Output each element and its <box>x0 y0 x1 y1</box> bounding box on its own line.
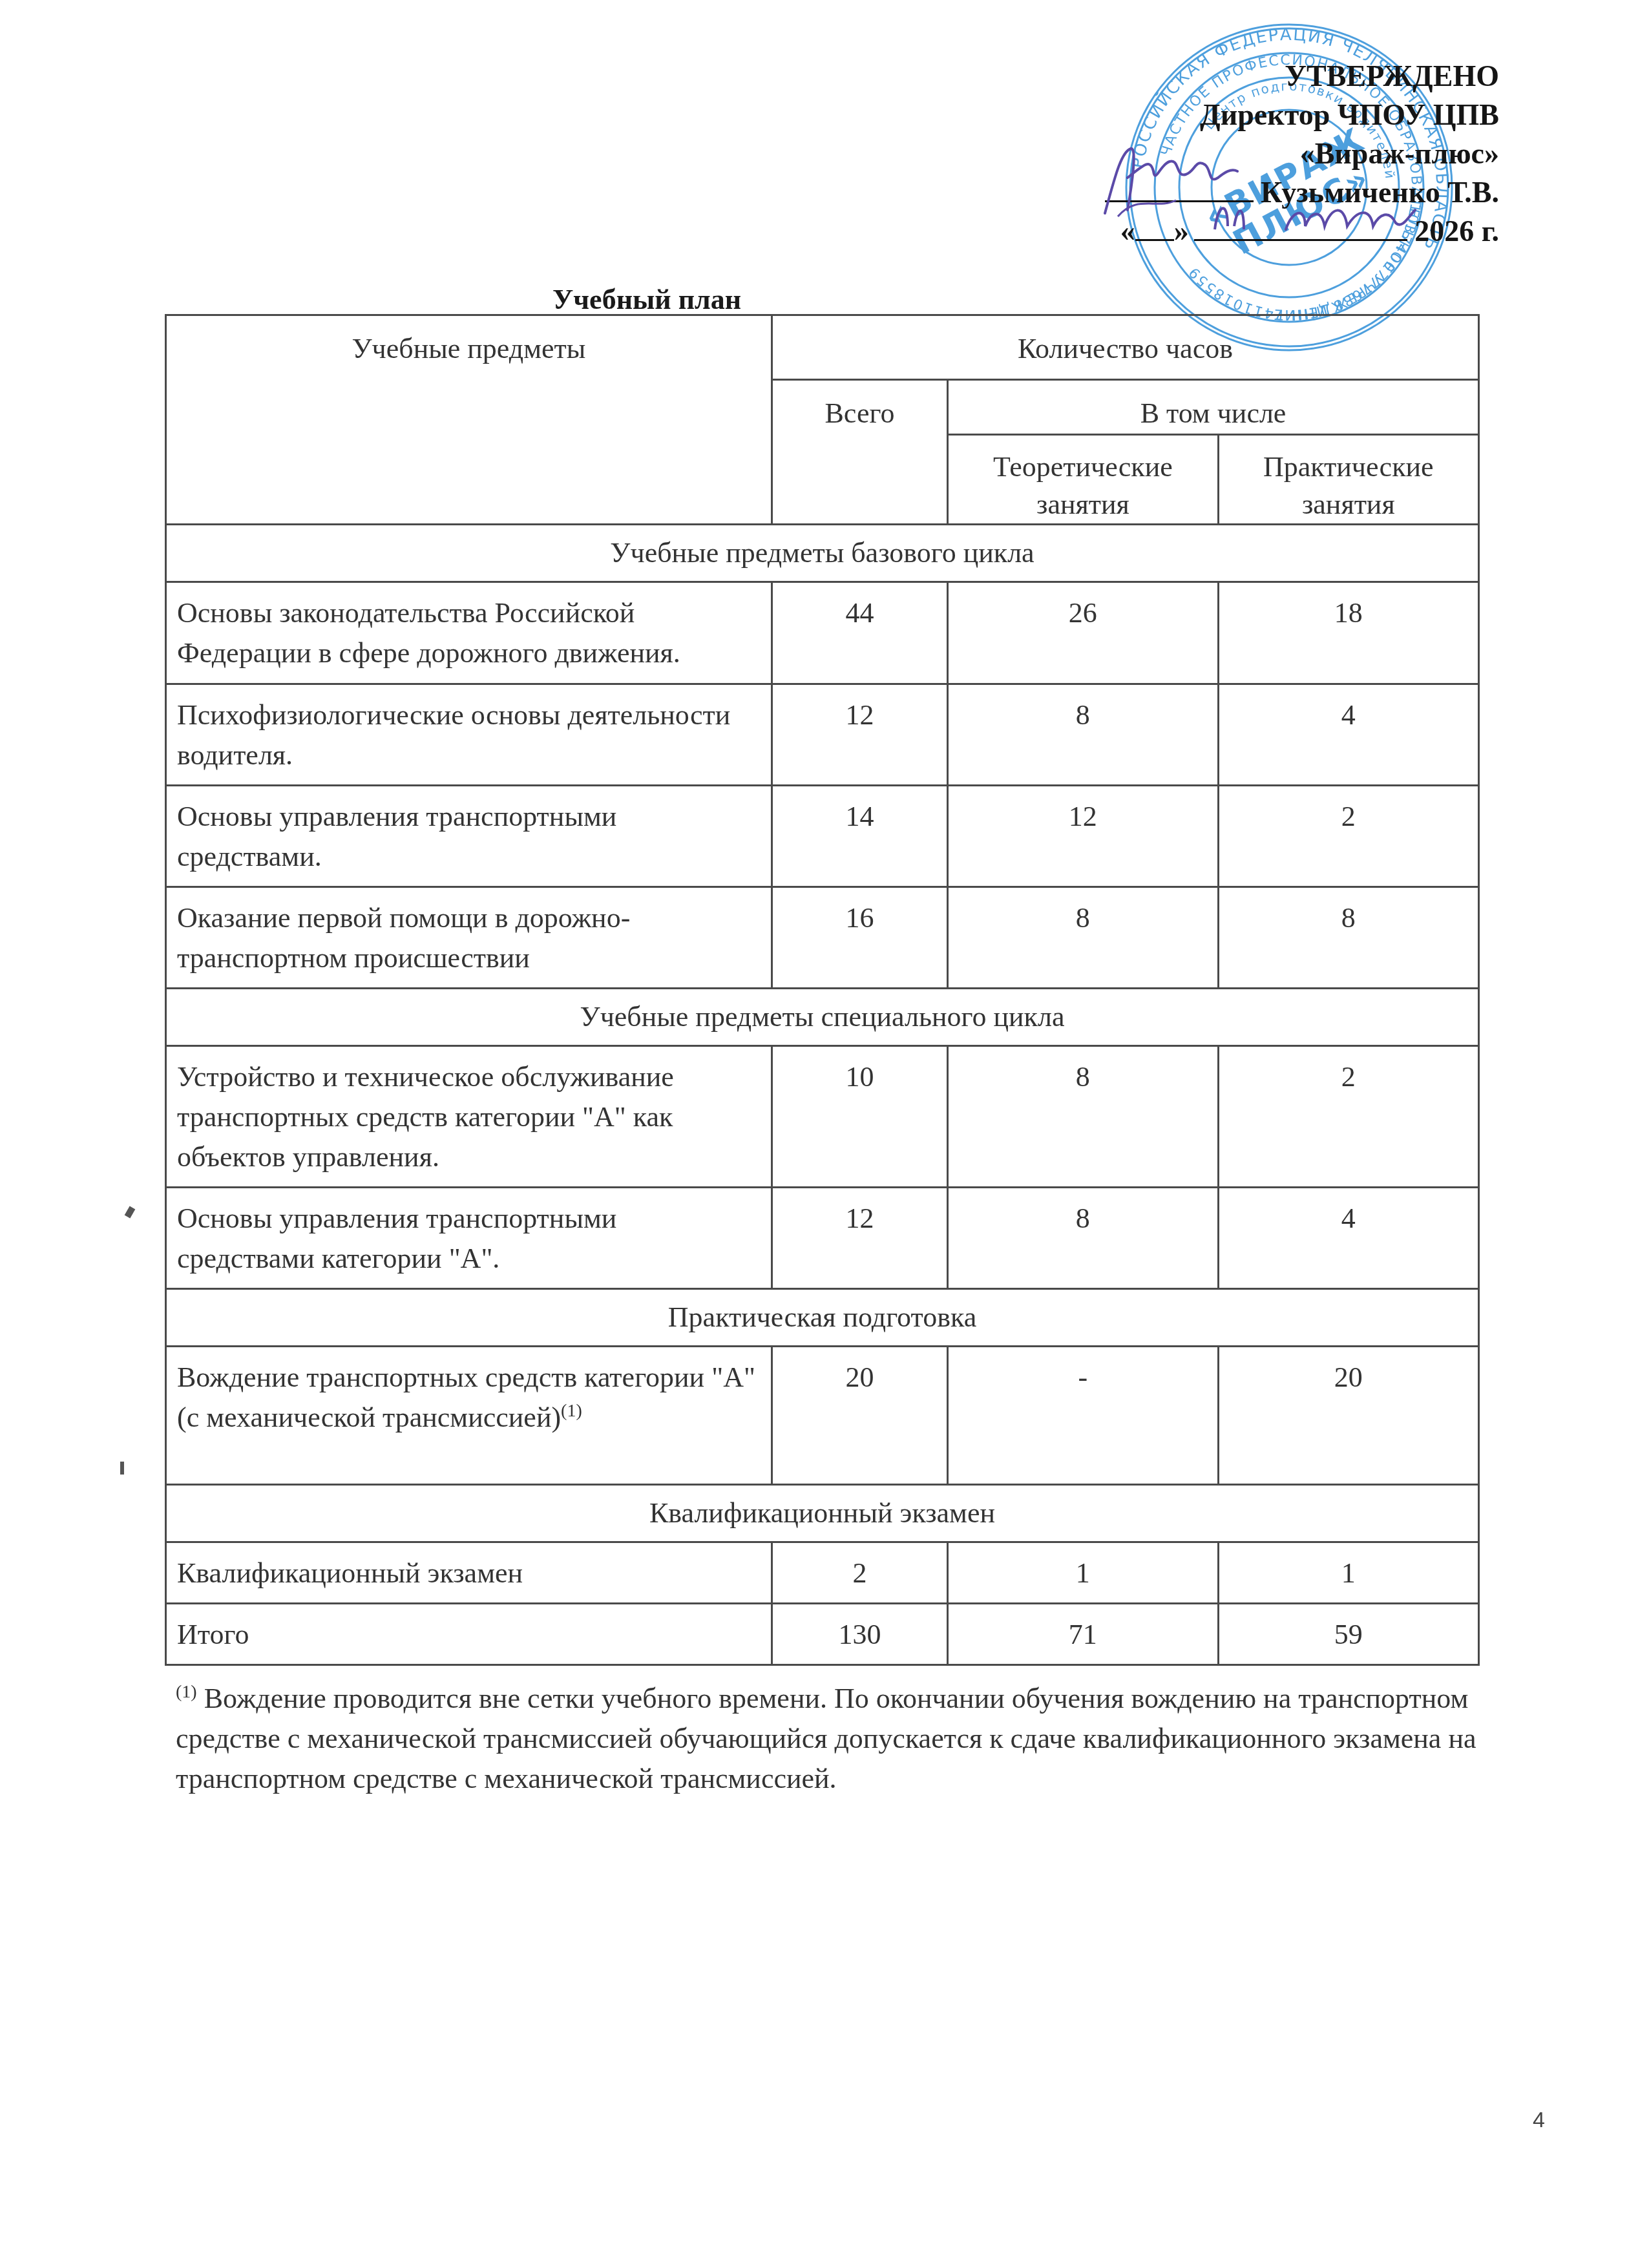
scan-artifact <box>125 1206 136 1219</box>
table-row: Основы управления транспортными средства… <box>166 786 1479 887</box>
total-row: Итого 130 71 59 <box>166 1604 1479 1665</box>
hours-theory: 8 <box>948 684 1219 786</box>
total-practice: 59 <box>1218 1604 1478 1665</box>
scan-artifact <box>120 1462 124 1475</box>
subject-name: Основы управления транспортными средства… <box>166 1188 772 1289</box>
subject-name: Оказание первой помощи в дорожно-транспо… <box>166 887 772 989</box>
header-practice: Практические занятия <box>1218 435 1478 525</box>
subject-name: Устройство и техническое обслуживание тр… <box>166 1046 772 1188</box>
total-hours: 130 <box>772 1604 947 1665</box>
hours-theory: 8 <box>948 1046 1219 1188</box>
hours-total: 2 <box>772 1542 947 1604</box>
page-number: 4 <box>1533 2108 1545 2133</box>
subject-name: Вождение транспортных средств категории … <box>166 1347 772 1485</box>
hours-practice: 18 <box>1218 582 1478 684</box>
hours-practice: 2 <box>1218 1046 1478 1188</box>
section-title: Практическая подготовка <box>166 1289 1479 1347</box>
header-theory: Теоретические занятия <box>948 435 1219 525</box>
subject-name: Основы управления транспортными средства… <box>166 786 772 887</box>
hours-practice: 8 <box>1218 887 1478 989</box>
hours-practice: 2 <box>1218 786 1478 887</box>
date-month-blank <box>1194 213 1407 241</box>
subject-name: Основы законодательства Российской Федер… <box>166 582 772 684</box>
approval-date-line: «» 2026 г. <box>1105 212 1499 251</box>
hours-total: 12 <box>772 684 947 786</box>
hours-practice: 4 <box>1218 684 1478 786</box>
hours-theory: 26 <box>948 582 1219 684</box>
signature-blank <box>1105 174 1254 202</box>
hours-total: 20 <box>772 1347 947 1485</box>
section-title: Квалификационный экзамен <box>166 1485 1479 1542</box>
curriculum-table: Учебные предметы Количество часов Всего … <box>165 314 1480 1666</box>
approval-heading: УТВЕРЖДЕНО <box>1105 57 1499 96</box>
approval-block: УТВЕРЖДЕНО Директор ЧПОУ ЦПВ «Вираж-плюс… <box>1105 57 1499 251</box>
hours-theory: 1 <box>948 1542 1219 1604</box>
hours-practice: 4 <box>1218 1188 1478 1289</box>
hours-total: 10 <box>772 1046 947 1188</box>
footnote-ref: (1) <box>561 1401 582 1421</box>
header-hours: Количество часов <box>772 315 1478 380</box>
date-close-quote: » <box>1174 215 1189 247</box>
approval-signatory-line: Кузьмиченко Т.В. <box>1105 173 1499 212</box>
hours-practice: 20 <box>1218 1347 1478 1485</box>
approval-position: Директор ЧПОУ ЦПВ <box>1105 96 1499 134</box>
table-row: Оказание первой помощи в дорожно-транспо… <box>166 887 1479 989</box>
date-open-quote: « <box>1120 215 1135 247</box>
table-row: Психофизиологические основы деятельности… <box>166 684 1479 786</box>
table-row: Устройство и техническое обслуживание тр… <box>166 1046 1479 1188</box>
hours-theory: 8 <box>948 1188 1219 1289</box>
section-title: Учебные предметы специального цикла <box>166 989 1479 1046</box>
subject-text: Вождение транспортных средств категории … <box>177 1361 755 1433</box>
hours-practice: 1 <box>1218 1542 1478 1604</box>
footnote-marker: (1) <box>176 1682 197 1702</box>
header-total: Всего <box>772 380 947 525</box>
curriculum-body: Учебные предметы базового цикла Основы з… <box>166 525 1479 1665</box>
section-title: Учебные предметы базового цикла <box>166 525 1479 582</box>
hours-theory: 8 <box>948 887 1219 989</box>
approval-signatory: Кузьмиченко Т.В. <box>1261 176 1499 209</box>
hours-theory: 12 <box>948 786 1219 887</box>
document-title: Учебный план <box>552 283 741 316</box>
table-row: Квалификационный экзамен 2 1 1 <box>166 1542 1479 1604</box>
hours-theory: - <box>948 1347 1219 1485</box>
footnote-text: Вождение проводится вне сетки учебного в… <box>176 1683 1476 1794</box>
hours-total: 14 <box>772 786 947 887</box>
table-row: Основы управления транспортными средства… <box>166 1188 1479 1289</box>
hours-total: 44 <box>772 582 947 684</box>
total-theory: 71 <box>948 1604 1219 1665</box>
hours-total: 16 <box>772 887 947 989</box>
subject-name: Квалификационный экзамен <box>166 1542 772 1604</box>
header-subjects: Учебные предметы <box>166 315 772 525</box>
approval-organization: «Вираж-плюс» <box>1105 134 1499 173</box>
table-row: Основы законодательства Российской Федер… <box>166 582 1479 684</box>
date-day-blank <box>1135 213 1174 241</box>
total-label: Итого <box>166 1604 772 1665</box>
hours-total: 12 <box>772 1188 947 1289</box>
date-year: 2026 г. <box>1414 215 1499 247</box>
table-row: Вождение транспортных средств категории … <box>166 1347 1479 1485</box>
footnote: (1) Вождение проводится вне сетки учебно… <box>176 1679 1487 1799</box>
subject-name: Психофизиологические основы деятельности… <box>166 684 772 786</box>
header-including: В том числе <box>948 380 1479 435</box>
